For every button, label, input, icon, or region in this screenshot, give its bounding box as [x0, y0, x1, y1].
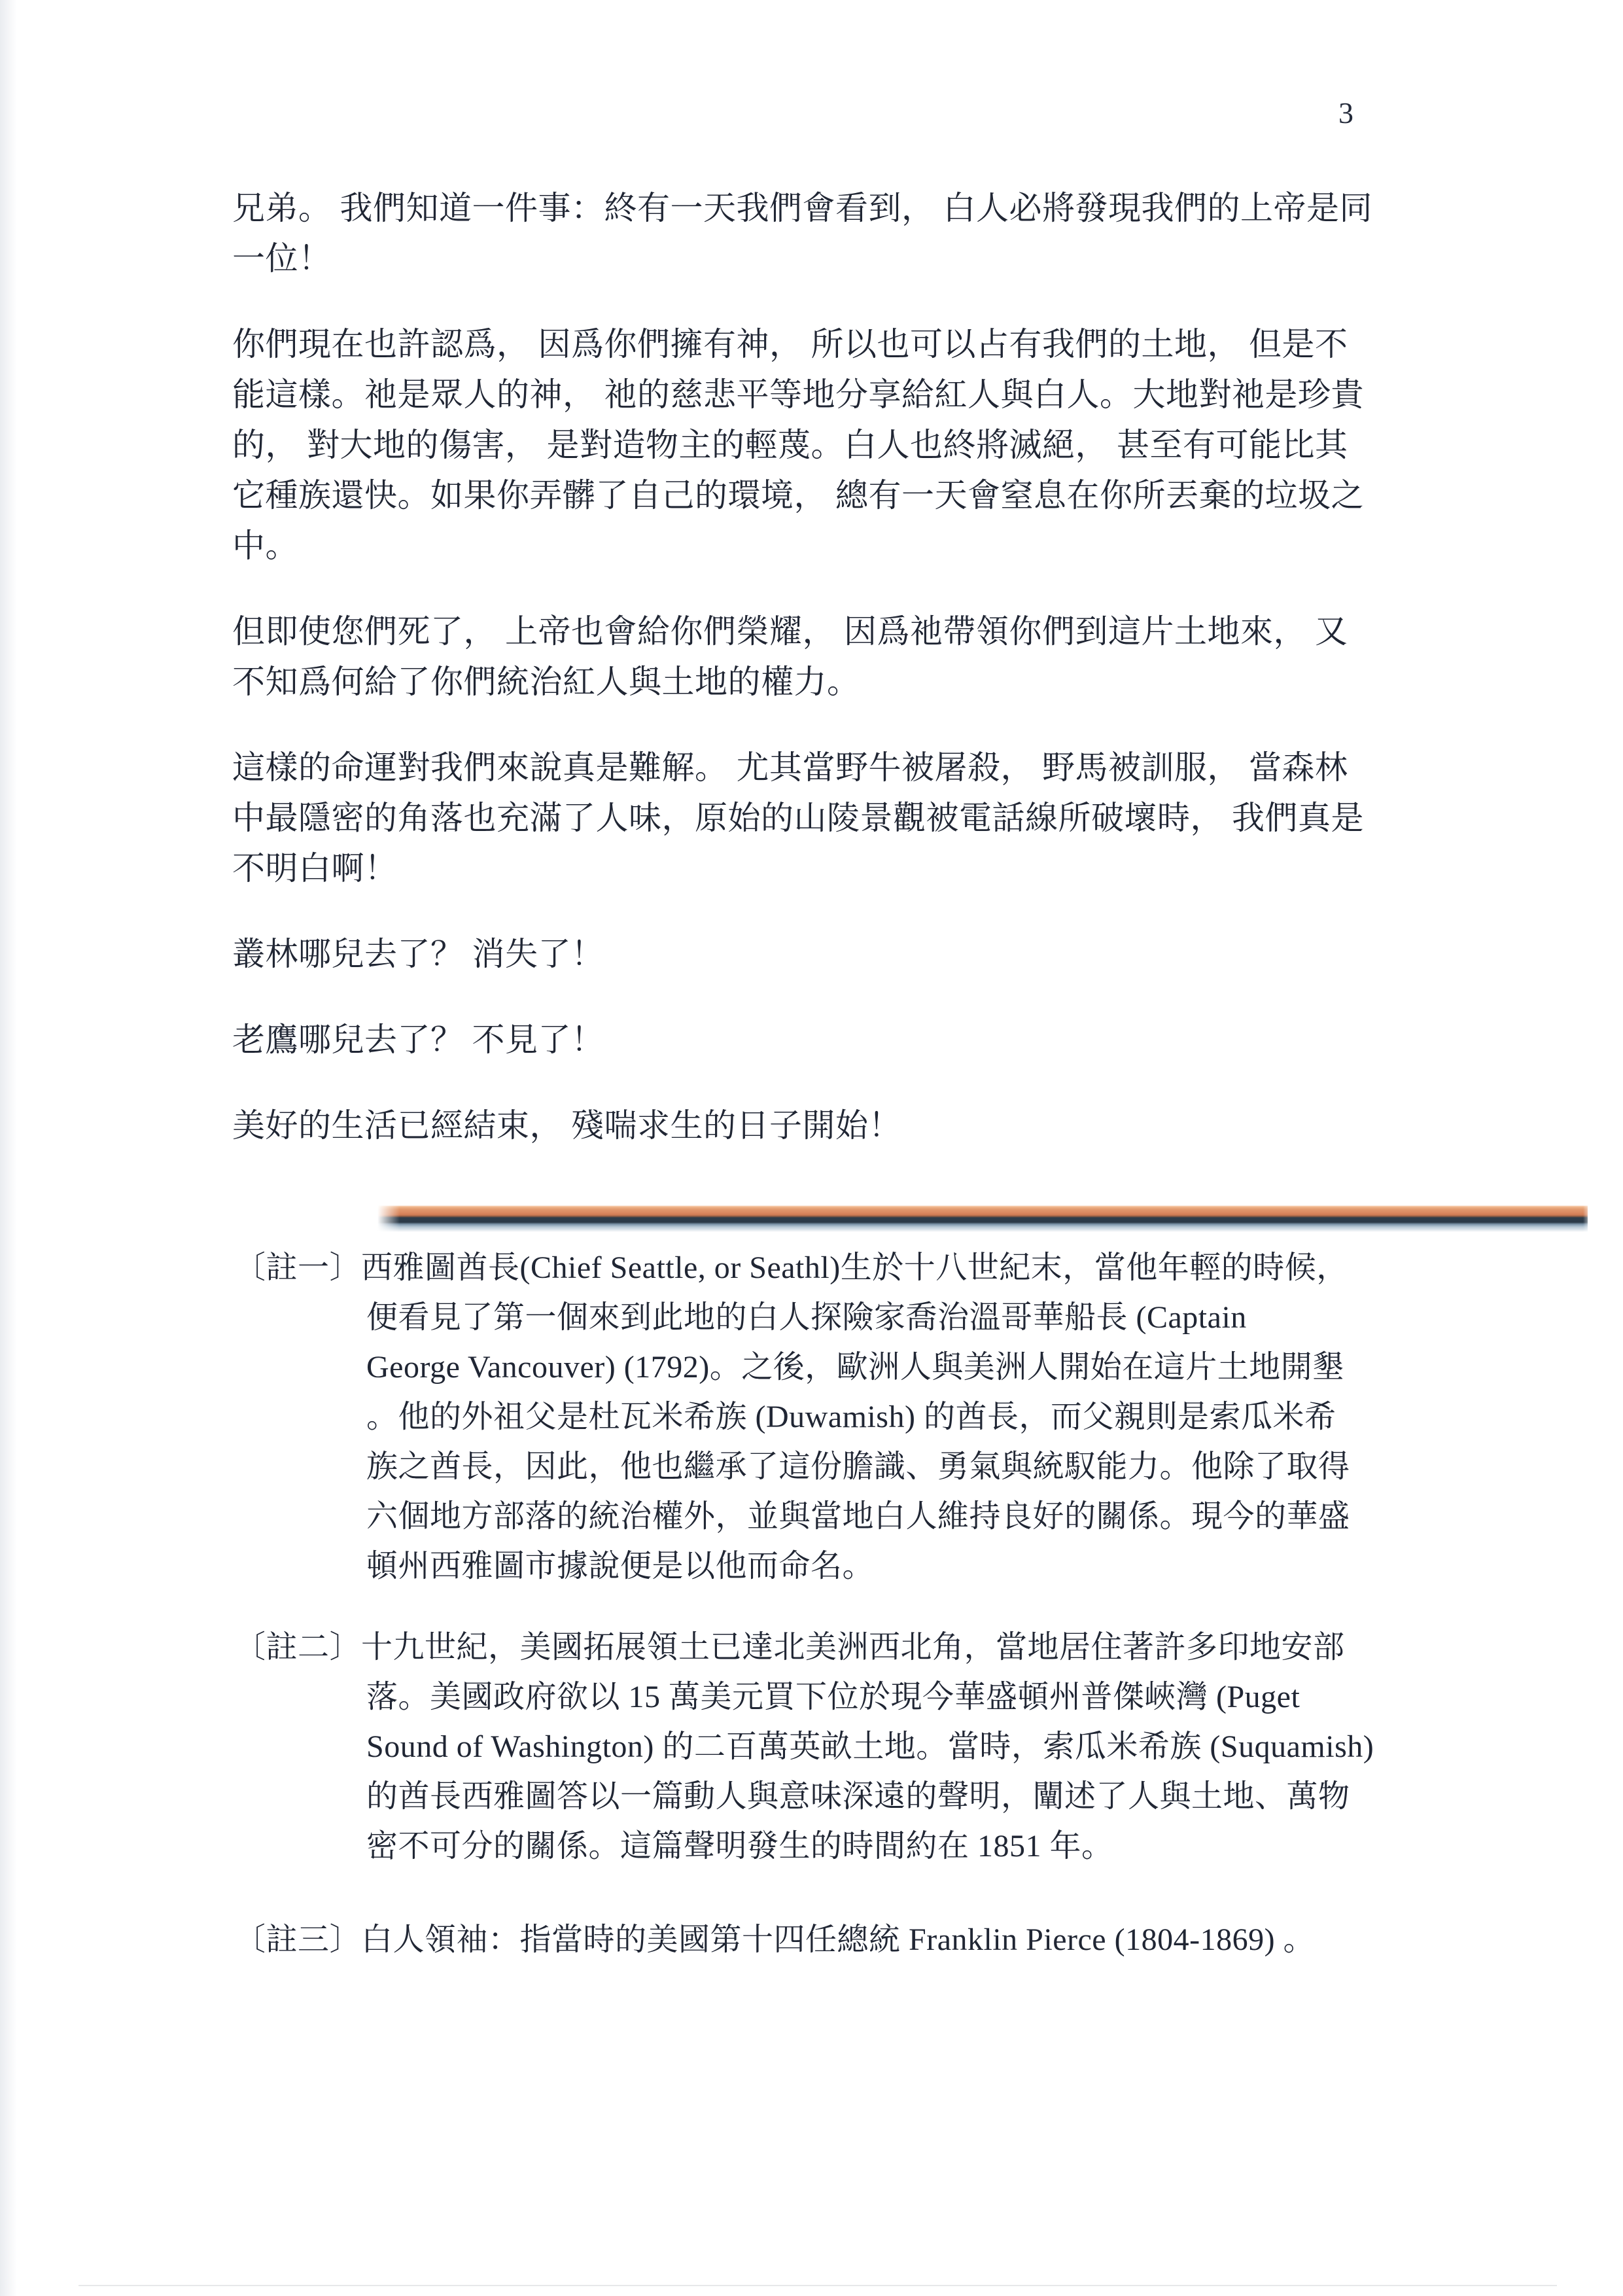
text-line: 不知爲何給了你們統治紅人與土地的權力。: [232, 657, 1397, 707]
section-divider: [377, 1205, 1588, 1234]
body-paragraph: 你們現在也許認爲， 因爲你們擁有神， 所以也可以占有我們的土地， 但是不 能這樣…: [232, 319, 1397, 571]
text-line: 這樣的命運對我們來說真是難解。 尤其當野牛被屠殺， 野馬被訓服， 當森林: [232, 743, 1397, 793]
footnote-line: 〔註一〕西雅圖酋長(Chief Seattle, or Seathl)生於十八世…: [234, 1243, 1405, 1293]
text-line: 中。: [232, 521, 1397, 571]
text-line: 你們現在也許認爲， 因爲你們擁有神， 所以也可以占有我們的土地， 但是不: [232, 319, 1397, 370]
text-line: 一位！: [232, 234, 1397, 284]
text-line: 叢林哪兒去了？ 消失了！: [232, 929, 1397, 980]
footnote-line: 族之酋長，因此，他也繼承了這份膽識、勇氣與統馭能力。他除了取得: [234, 1442, 1405, 1492]
footnote-text: 西雅圖酋長(Chief Seattle, or Seathl)生於十八世紀末，當…: [361, 1250, 1348, 1285]
footnotes: 〔註一〕西雅圖酋長(Chief Seattle, or Seathl)生於十八世…: [234, 1243, 1405, 1965]
footnote-line: 頓州西雅圖市據說便是以他而命名。: [234, 1542, 1405, 1591]
footnote-text: 十九世紀，美國拓展領土已達北美洲西北角，當地居住著許多印地安部: [361, 1630, 1345, 1665]
document-page: 3 兄弟。 我們知道一件事：終有一天我們會看到， 白人必將發現我們的上帝是同 一…: [0, 0, 1623, 2296]
text-line: 但即使您們死了， 上帝也會給你們榮耀， 因爲祂帶領你們到這片土地來， 又: [232, 607, 1397, 657]
text-line: 不明白啊！: [232, 843, 1397, 894]
footnote-line: 〔註二〕十九世紀，美國拓展領土已達北美洲西北角，當地居住著許多印地安部: [234, 1623, 1405, 1672]
text-line: 它種族還快。如果你弄髒了自己的環境， 總有一天會窒息在你所丟棄的垃圾之: [232, 470, 1397, 521]
footnote: 〔註一〕西雅圖酋長(Chief Seattle, or Seathl)生於十八世…: [234, 1243, 1405, 1591]
page-number: 3: [1338, 97, 1353, 130]
footnote-label: 〔註二〕: [234, 1630, 361, 1665]
footnote: 〔註三〕白人領袖：指當時的美國第十四任總統 Franklin Pierce (1…: [234, 1915, 1405, 1965]
footnote-line: Sound of Washington) 的二百萬英畝土地。當時，索瓜米希族 (…: [234, 1722, 1405, 1772]
footnote-label: 〔註三〕: [234, 1922, 361, 1957]
body-paragraph: 這樣的命運對我們來說真是難解。 尤其當野牛被屠殺， 野馬被訓服， 當森林 中最隱…: [232, 743, 1397, 894]
text-line: 中最隱密的角落也充滿了人味，原始的山陵景觀被電話線所破壞時， 我們真是: [232, 793, 1397, 843]
footnote-label: 〔註一〕: [234, 1250, 361, 1285]
footnote-line: 。他的外祖父是杜瓦米希族 (Duwamish) 的酋長，而父親則是索瓜米希: [234, 1392, 1405, 1442]
scan-artifact-line: [79, 2285, 1557, 2286]
footnote-line: 〔註三〕白人領袖：指當時的美國第十四任總統 Franklin Pierce (1…: [234, 1915, 1405, 1965]
footnote: 〔註二〕十九世紀，美國拓展領土已達北美洲西北角，當地居住著許多印地安部 落。美國…: [234, 1623, 1405, 1871]
text-line: 美好的生活已經結束， 殘喘求生的日子開始！: [232, 1101, 1397, 1151]
footnote-line: 密不可分的關係。這篇聲明發生的時間約在 1851 年。: [234, 1822, 1405, 1871]
text-line: 的， 對大地的傷害， 是對造物主的輕蔑。白人也終將滅絕， 甚至有可能比其: [232, 420, 1397, 470]
footnote-line: 便看見了第一個來到此地的白人探險家喬治溫哥華船長 (Captain: [234, 1293, 1405, 1343]
body-paragraph: 老鷹哪兒去了？ 不見了！: [232, 1015, 1397, 1065]
footnote-line: George Vancouver) (1792)。之後，歐洲人與美洲人開始在這片…: [234, 1343, 1405, 1392]
body-paragraph: 但即使您們死了， 上帝也會給你們榮耀， 因爲祂帶領你們到這片土地來， 又 不知爲…: [232, 607, 1397, 707]
footnote-line: 六個地方部落的統治權外，並與當地白人維持良好的關係。現今的華盛: [234, 1492, 1405, 1542]
body-paragraph: 叢林哪兒去了？ 消失了！: [232, 929, 1397, 980]
text-line: 老鷹哪兒去了？ 不見了！: [232, 1015, 1397, 1065]
body-paragraph: 兄弟。 我們知道一件事：終有一天我們會看到， 白人必將發現我們的上帝是同 一位！: [232, 183, 1397, 284]
body-text: 兄弟。 我們知道一件事：終有一天我們會看到， 白人必將發現我們的上帝是同 一位！…: [232, 183, 1397, 1186]
text-line: 能這樣。祂是眾人的神， 祂的慈悲平等地分享給紅人與白人。大地對祂是珍貴: [232, 370, 1397, 420]
footnote-line: 的酋長西雅圖答以一篇動人與意味深遠的聲明，闡述了人與土地、萬物: [234, 1772, 1405, 1822]
text-line: 兄弟。 我們知道一件事：終有一天我們會看到， 白人必將發現我們的上帝是同: [232, 183, 1397, 234]
footnote-line: 落。美國政府欲以 15 萬美元買下位於現今華盛頓州普傑峽灣 (Puget: [234, 1672, 1405, 1722]
body-paragraph: 美好的生活已經結束， 殘喘求生的日子開始！: [232, 1101, 1397, 1151]
footnote-text: 白人領袖：指當時的美國第十四任總統 Franklin Pierce (1804-…: [361, 1922, 1315, 1957]
